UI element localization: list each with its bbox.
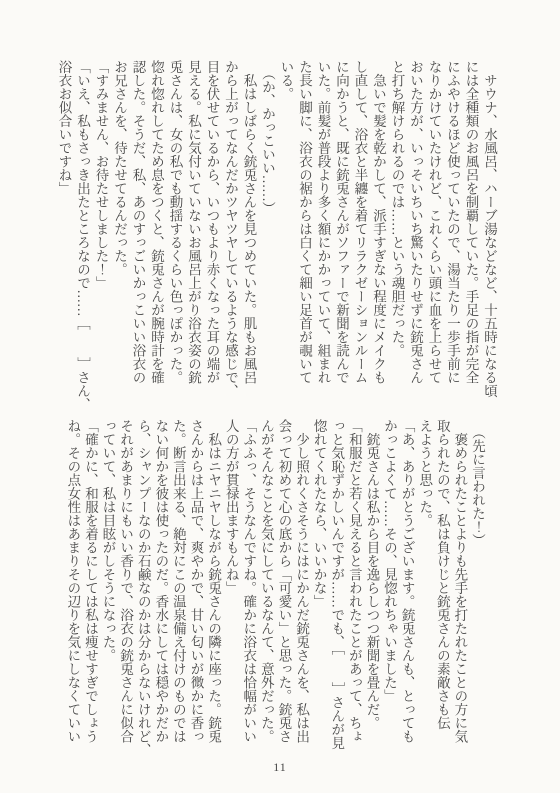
text-line: 私はしばらく銃兎さんを見つめていた。肌もお風呂 [239, 60, 258, 412]
text-line: と打ち解けられるのでは……という魂胆だった。 [387, 60, 406, 412]
text-line: 取られたので、私は負けじと銃兎さんの素敵さも伝 [433, 419, 451, 771]
text-line: 「ふふっ、そうなんですね。確かに浴衣は恰幅がいい [240, 419, 258, 771]
text-line: えようと思った。 [416, 419, 434, 771]
text-block-bottom: （先に言われた！） 褒められたことよりも先手を打たれたことの方に気取られたので、… [64, 419, 486, 771]
text-line: おいた方が、いっそいちいち驚いたりせずに銃兎さん [406, 60, 425, 412]
text-line: 会って初めて心の底から「可愛い」と思った。銃兎さ [275, 419, 293, 771]
text-line: （先に言われた！） [468, 419, 486, 771]
text-line: 褒められたことよりも先手を打たれたことの方に気 [451, 419, 469, 771]
page-number: 11 [0, 760, 560, 775]
text-line: 「すみません、お待たせしました！」 [91, 60, 110, 412]
text-line: 「あ、ありがとうございます。銃兎さんも、とっても [398, 419, 416, 771]
text-line: いる。 [276, 60, 295, 412]
text-line: 私はニヤニヤしながら銃兎さんの隣に座った。銃兎 [205, 419, 223, 771]
text-line: 惚れ惚れしてため息をつくと、銃兎さんが腕時計を確 [147, 60, 166, 412]
text-line: いた。前髪が普段より多く額にかかっていて、組まれ [313, 60, 332, 412]
text-line: にふやけるほど使っていたので、湯当たり一歩手前に [443, 60, 462, 412]
text-line: 「確かに、和服を着るにしては私は痩せすぎでしょう [81, 419, 99, 771]
text-line: ら、シャンプーなのか石鹸なのかは分からないけれど、 [134, 419, 152, 771]
text-line: っと気恥ずかしいんですが……でも、［ ］さんが見 [328, 419, 346, 771]
text-line: 認した。そうだ、私、あのすっごいかっこいい浴衣の [128, 60, 147, 412]
text-line: た。断言出来る、絶対にこの温泉備え付けのものでは [169, 419, 187, 771]
text-line: には全種類のお風呂を制覇していた。手足の指が完全 [461, 60, 480, 412]
text-line: ない何かを彼は使ったのだ。香水にしては穏やかだか [152, 419, 170, 771]
text-line: 目を伏せているから、いつもより赤くなった耳の端が [202, 60, 221, 412]
text-line: 惚れてくれたなら、いいかな」 [310, 419, 328, 771]
text-line: ね。その点女性はあまりその辺りを気にしなくていい [64, 419, 82, 771]
text-line: サウナ、水風呂、ハーブ湯などなど、十五時になる頃 [480, 60, 499, 412]
text-line: 人の方が貫禄出ますもんね」 [222, 419, 240, 771]
text-line: 見える。私に気付いていないお風呂上がり浴衣姿の銃 [184, 60, 203, 412]
book-page: サウナ、水風呂、ハーブ湯などなど、十五時になる頃には全種類のお風呂を制覇していた… [0, 0, 560, 793]
text-block-top: サウナ、水風呂、ハーブ湯などなど、十五時になる頃には全種類のお風呂を制覇していた… [54, 60, 498, 412]
text-line: かっこよくて……その、見惚れちゃいました」 [380, 419, 398, 771]
text-line: 少し照れくさそうにはにかんだ銃兎さんを、私は出 [292, 419, 310, 771]
text-line: 急いで髪を乾かして、派手すぎない程度にメイクも [369, 60, 388, 412]
text-line: それがあまりにもいい香りで、浴衣の銃兎さんに似合 [117, 419, 135, 771]
text-line: 「和服だと若く見えると言われたことがあって、ちょ [345, 419, 363, 771]
text-line: お兄さんを、待たせてるんだった。 [110, 60, 129, 412]
text-line: 浴衣お似合いですね」 [54, 60, 73, 412]
text-line: 「いえ、私もさっき出たところなので……［ ］さん、 [73, 60, 92, 412]
text-line: んがそんなことを気にしているなんて、意外だった。 [257, 419, 275, 771]
text-line: し直して、浴衣と半纏を着てリラクゼーションルーム [350, 60, 369, 412]
text-line: 兎さんは、女の私でも動揺するくらい色っぽかった。 [165, 60, 184, 412]
text-line: 銃兎さんは私から目を逸らしつつ新聞を畳んだ。 [363, 419, 381, 771]
text-line: に向かうと、既に銃兎さんがソファーで新聞を読んで [332, 60, 351, 412]
text-line: なりかけていたけれど、これくらい頭に血を上らせて [424, 60, 443, 412]
text-line: た長い脚に、浴衣の裾からは白くて細い足首が覗いて [295, 60, 314, 412]
text-line: から上がってなんだかツヤツヤしているような感じで、 [221, 60, 240, 412]
text-line: っていて、私は目眩がしそうになった。 [99, 419, 117, 771]
text-line: （か、かっこいい……） [258, 60, 277, 412]
text-line: さんからは上品で、爽やかで、甘い匂いが微かに香っ [187, 419, 205, 771]
